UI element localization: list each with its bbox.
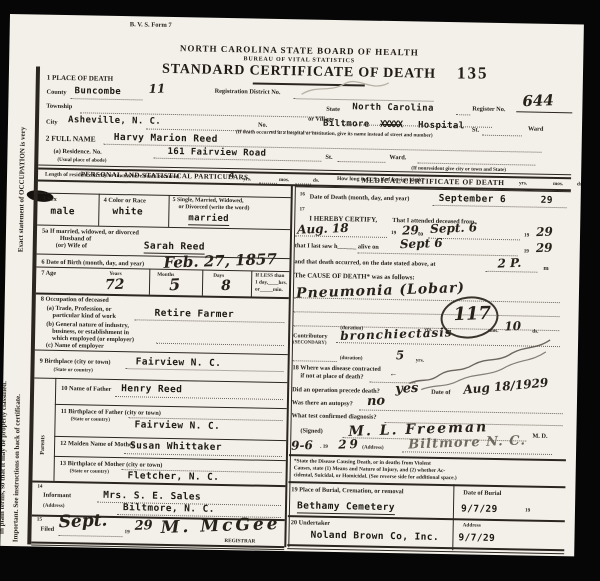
md-label: M. D. bbox=[532, 434, 547, 441]
county-handwritten: 11 bbox=[148, 82, 165, 95]
from-19-label: 19 bbox=[391, 231, 396, 236]
age-label: 7 Age bbox=[41, 271, 56, 278]
to-year-value: 29 bbox=[536, 226, 553, 239]
arrow-mark: ← bbox=[389, 370, 397, 378]
dod-value: September 6 bbox=[439, 194, 506, 205]
parents-vertical-label: Parents bbox=[40, 435, 46, 455]
parents-cell-divider bbox=[53, 378, 56, 481]
if-less-label-3: or_____min. bbox=[255, 288, 283, 294]
burial-date-value: 9/7/29 bbox=[461, 504, 498, 514]
occupation-label: 8 Occupation of deceased bbox=[41, 297, 109, 305]
city-label: City bbox=[46, 120, 58, 127]
test-confirmed-label: What test confirmed diagnosis? bbox=[292, 413, 377, 421]
operation-date-label: Date of bbox=[431, 390, 451, 397]
dod-number: 16 bbox=[300, 192, 305, 197]
pencil-scribble bbox=[298, 75, 393, 101]
place-section-label: 1 PLACE OF DEATH bbox=[47, 75, 113, 83]
secondary-label: (SECONDARY) bbox=[293, 341, 327, 346]
color-race-value: white bbox=[112, 207, 143, 217]
full-name-label: 2 FULL NAME bbox=[46, 135, 96, 143]
spouse-label-3: (or) Wife of bbox=[56, 243, 87, 250]
attended-to-value: Sept. 6 bbox=[430, 221, 477, 235]
to-19-label: 19 bbox=[524, 233, 529, 238]
city-value: Asheville, N. C. bbox=[68, 116, 161, 127]
last-saw-value: Sept 6 bbox=[400, 237, 443, 250]
residence-st-label: St. bbox=[325, 155, 332, 161]
mother-birthplace-note: (State or country) bbox=[70, 469, 109, 475]
filed-year-value: 29 bbox=[134, 519, 153, 533]
hospital-struck-text: XXXXX bbox=[380, 121, 402, 130]
registration-district-label: Registration District No. bbox=[215, 89, 281, 97]
from-year-value: 29 bbox=[402, 224, 419, 237]
margin-note-outer: in plain terms, so that it may be proper… bbox=[0, 381, 8, 534]
register-no-value: 644 bbox=[522, 93, 554, 109]
register-no-label: Register No. bbox=[472, 106, 505, 113]
if-less-label-1: If LESS than bbox=[255, 274, 284, 280]
color-race-label: 4 Color or Race bbox=[104, 198, 146, 205]
form-left-border bbox=[27, 66, 40, 544]
death-occurred-label: and that death occurred, on the date sta… bbox=[294, 259, 435, 268]
mother-name-label: 12 Maiden Name of Mother bbox=[60, 441, 135, 449]
burial-date-label: Date of Burial bbox=[463, 490, 501, 497]
ward-label: Ward bbox=[528, 127, 544, 134]
dod-year-value: 29 bbox=[541, 196, 553, 206]
residence-label: (a) Residence. No. bbox=[53, 149, 101, 156]
mother-birthplace-value: Fletcher, N. C. bbox=[127, 471, 219, 482]
signed-label: (Signed) bbox=[300, 428, 323, 435]
death-time-value: 2 P. bbox=[497, 257, 521, 270]
mother-name-value: Susan Whittaker bbox=[130, 441, 222, 452]
undertaker-label: 20 Undertaker bbox=[291, 520, 330, 527]
marital-value: married bbox=[188, 214, 229, 226]
birthplace-state-note: (State or country) bbox=[53, 368, 92, 374]
margin-note-important: Important. See instructions on back of c… bbox=[12, 394, 22, 542]
county-label: County bbox=[47, 90, 67, 97]
undertaker-date-value: 9/7/29 bbox=[458, 533, 495, 543]
age-years-value: 72 bbox=[105, 278, 125, 293]
certify-number: 17 bbox=[299, 207, 304, 212]
filed-label: Filed bbox=[40, 527, 54, 534]
signed-address-value: Biltmore N. C. bbox=[408, 434, 526, 451]
hospital-value-1: Biltmore bbox=[323, 120, 370, 130]
marital-label-2: or Divorced (write the word) bbox=[178, 205, 249, 212]
informant-address-label: (Address) bbox=[43, 504, 65, 510]
informant-number: 14 bbox=[37, 485, 42, 490]
registrar-label: REGISTRAR bbox=[224, 539, 255, 545]
contributory-label: Contributory bbox=[293, 333, 327, 340]
state-value: North Carolina bbox=[352, 103, 434, 113]
duration2-label: (duration) bbox=[340, 356, 363, 362]
informant-label: Informant bbox=[43, 493, 71, 500]
operation-value: yes bbox=[395, 382, 419, 396]
autopsy-label: Was there an autopsy? bbox=[292, 400, 353, 407]
burial-place-label: 19 Place of Burial, Cremation, or remova… bbox=[291, 487, 403, 495]
father-name-label: 10 Name of Father bbox=[61, 386, 111, 393]
death-time-m-label: m bbox=[543, 266, 548, 272]
father-birthplace-note: (State or country) bbox=[71, 417, 110, 423]
undertaker-address-label: Address bbox=[463, 523, 481, 529]
lastsaw-19-label: 19 bbox=[524, 249, 529, 254]
father-name-value: Henry Reed bbox=[121, 384, 182, 395]
scanned-death-certificate: { "form_meta": { "form_no": "B. V. S. Fo… bbox=[0, 0, 600, 581]
stamp-number: 135 bbox=[457, 64, 489, 81]
sex-label: 3 Sex bbox=[43, 197, 57, 204]
last-saw-label: that I last saw h______ alive on bbox=[295, 243, 379, 251]
age-months-value: 5 bbox=[169, 277, 181, 293]
hospital-value-2: Hospital bbox=[418, 121, 465, 131]
st-label: St. bbox=[472, 127, 479, 133]
undertaker-value: Noland Brown Co, Inc. bbox=[310, 531, 439, 543]
autopsy-value: no bbox=[367, 394, 386, 408]
state-label: State bbox=[326, 107, 340, 114]
burial-place-value: Bethamy Cemetery bbox=[297, 501, 395, 514]
hospital-note: (If death occurred in a hospital or inst… bbox=[236, 130, 433, 139]
dob-value: Feb. 27, 1857 bbox=[163, 252, 277, 271]
filed-month-value: Sept. bbox=[58, 513, 107, 532]
signed-19-label: . 19 bbox=[320, 445, 328, 450]
footnote-line-3: cidental, Suicidal, or Homicidal. (See r… bbox=[294, 473, 457, 481]
age-days-value: 8 bbox=[221, 279, 231, 293]
lastsaw-year-value: 29 bbox=[536, 242, 553, 255]
registrar-signature: M. McGee bbox=[160, 516, 280, 537]
certificate-paper: in plain terms, so that it may be proper… bbox=[0, 14, 584, 556]
residence-ward-label: Ward. bbox=[389, 155, 406, 162]
dod-label: Date of Death (month, day, and year) bbox=[310, 195, 410, 203]
township-label: Township bbox=[46, 104, 72, 111]
margin-note-occupation: Exact statement of OCCUPATION is very bbox=[18, 127, 27, 253]
county-value: Buncombe bbox=[75, 87, 122, 97]
cause-of-death-label: The CAUSE OF DEATH* was as follows: bbox=[294, 273, 415, 282]
form-number: B. V. S. Form 7 bbox=[130, 22, 172, 29]
burial-19-label: 19 bbox=[525, 509, 530, 514]
signed-address-label: (Address) bbox=[362, 446, 384, 452]
if-less-label-2: 1 day,____hrs. bbox=[255, 281, 287, 287]
father-birthplace-value: Fairview N. C. bbox=[134, 420, 220, 431]
sex-value: male bbox=[50, 207, 75, 217]
occupation-a2: particular kind of work bbox=[52, 313, 115, 320]
signed-date-value: 9-6 bbox=[291, 439, 313, 452]
filed-number: 15 bbox=[37, 518, 42, 523]
birthplace-label: 9 Birthplace (city or town) bbox=[40, 359, 111, 367]
filed-19-label: 19 bbox=[124, 530, 129, 535]
signed-year-value: 29 bbox=[338, 438, 361, 451]
where-contracted-label-2: if not at place of death? bbox=[300, 373, 363, 380]
foreign-ds-label: ds. bbox=[577, 182, 583, 187]
street-no-label: No. bbox=[258, 123, 267, 129]
abode-note: (Usual place of abode) bbox=[57, 158, 106, 164]
